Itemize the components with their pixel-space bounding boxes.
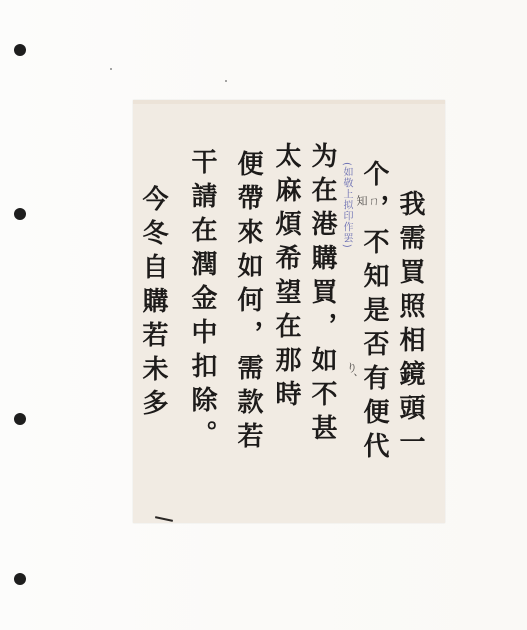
letter-column-6: 干請在潤金中扣除。: [187, 148, 217, 454]
letter-column-7: 今冬自購若未多: [138, 185, 168, 423]
inline-note-mark: ㄇ: [365, 195, 381, 206]
speck: [225, 80, 227, 82]
letter-column-1: 我需買照相鏡頭一: [395, 190, 425, 462]
punch-hole-3: [14, 413, 26, 425]
album-page: 我需買照相鏡頭一 个，不知是否有便代 为在港購買，如不甚 太麻煩希望在那時 便帶…: [0, 0, 527, 630]
letter-column-4: 太麻煩希望在那時: [271, 142, 301, 414]
punch-hole-1: [14, 44, 26, 56]
margin-annotation: (如敬上拟印作罢): [339, 162, 354, 249]
punch-hole-2: [14, 208, 26, 220]
handwritten-letter: 我需買照相鏡頭一 个，不知是否有便代 为在港購買，如不甚 太麻煩希望在那時 便帶…: [133, 100, 445, 523]
letter-column-3: 为在港購買，如不甚: [307, 142, 337, 448]
punch-hole-4: [14, 573, 26, 585]
letter-column-5: 便帶來如何，需款若: [233, 150, 263, 456]
speck: [110, 68, 112, 70]
marginal-mark: り、: [343, 362, 359, 384]
